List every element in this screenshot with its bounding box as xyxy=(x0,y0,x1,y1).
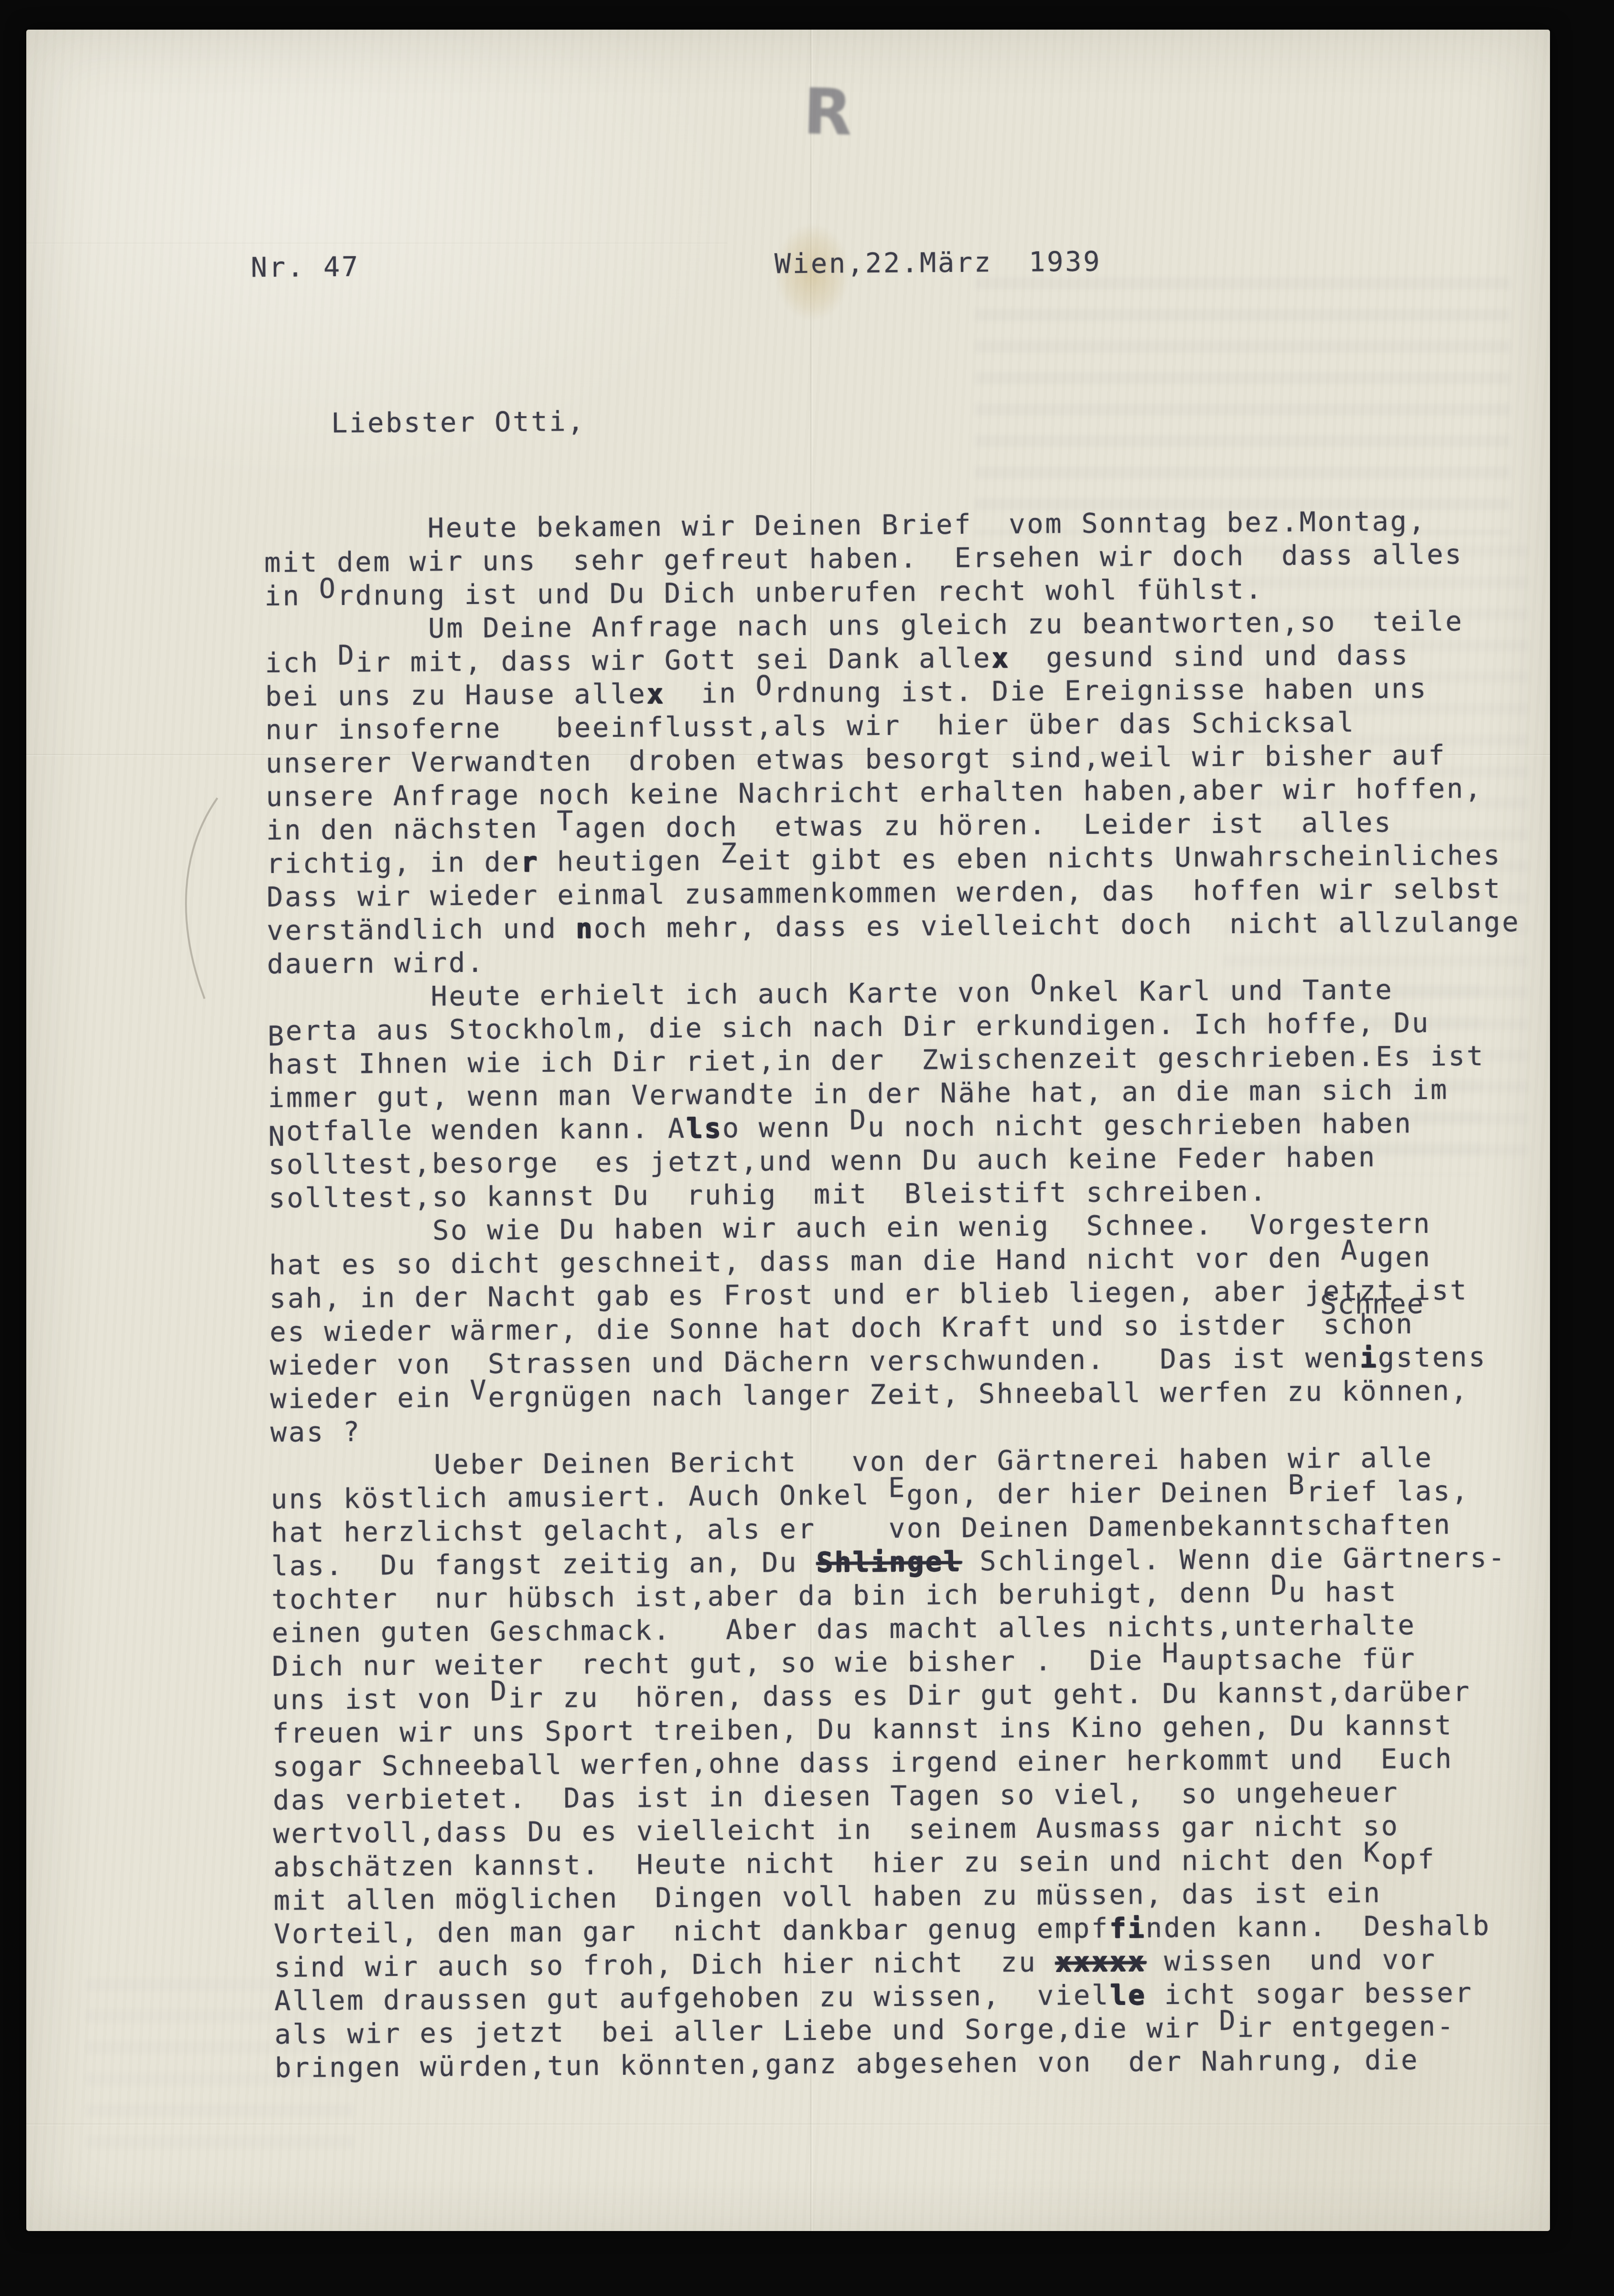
letter-page: R Nr. 47 Wien,22.März 1939 Liebster Otti… xyxy=(26,30,1550,2231)
dateline: Wien,22.März 1939 xyxy=(775,245,1102,281)
scan-background: { "scan": { "background_color": "#090909… xyxy=(0,0,1614,2296)
interlinear-insertion: Schnee xyxy=(1320,1287,1424,1322)
ghost-letter-watermark: R xyxy=(802,75,855,150)
letter-header: Nr. 47 Wien,22.März 1939 xyxy=(24,242,1548,286)
letter-body: Heute bekamen wir Deinen Brief vom Sonnt… xyxy=(264,504,1528,2085)
typewritten-text: R Nr. 47 Wien,22.März 1939 Liebster Otti… xyxy=(22,21,1561,2232)
salutation: Liebster Otti, xyxy=(331,405,586,440)
letter-number: Nr. 47 xyxy=(251,250,360,285)
